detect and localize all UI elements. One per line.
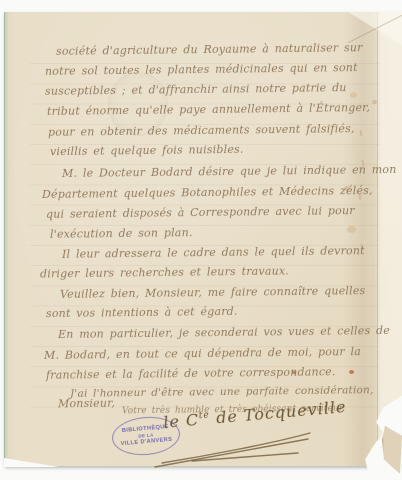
manuscript-line: sont vos intentions à cet égard. (46, 305, 238, 320)
foxing-spot (372, 100, 377, 104)
stamp-line: VILLE D'ANVERS (121, 437, 173, 448)
foxing-spot (349, 370, 354, 374)
fold-crease (377, 12, 378, 466)
page-fold-strip (378, 12, 402, 466)
foxing-spot (347, 226, 356, 233)
signature-superscript: te (198, 411, 210, 422)
scanned-letter-page: société d'agriculture du Royaume à natur… (0, 0, 402, 480)
manuscript-line: Monsieur, (58, 397, 115, 411)
foxing-spot (350, 92, 357, 98)
paper-left-edge (4, 12, 5, 466)
manuscript-line: l'exécution de son plan. (50, 226, 193, 241)
manuscript-line: vieillis et quelque fois nuisibles. (50, 143, 244, 158)
